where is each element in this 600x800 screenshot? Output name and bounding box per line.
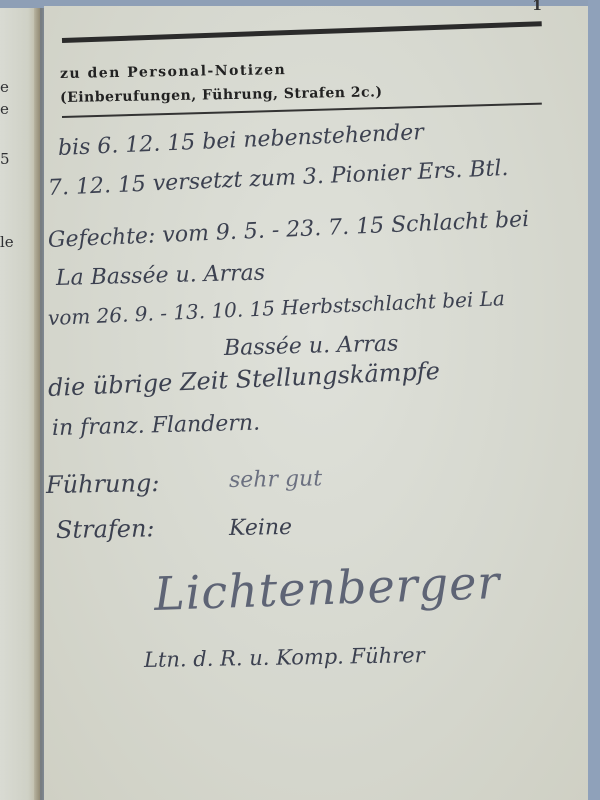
left-page-fragment: le bbox=[0, 233, 14, 251]
header-underline bbox=[62, 103, 542, 118]
entry-line: bis 6. 12. 15 bei nebenstehender bbox=[57, 120, 424, 161]
entry-line: die übrige Zeit Stellungskämpfe bbox=[47, 357, 440, 402]
left-page-fragment: e bbox=[0, 100, 9, 118]
punishments-value: Keine bbox=[229, 515, 293, 541]
entry-line: 7. 12. 15 versetzt zum 3. Pionier Ers. B… bbox=[47, 156, 508, 201]
left-page-fragment: 5 bbox=[0, 150, 10, 168]
background-surface bbox=[588, 0, 600, 800]
printed-header-title: zu den Personal-Notizen bbox=[60, 62, 286, 82]
entry-line: La Bassée u. Arras bbox=[56, 261, 266, 291]
printed-header-subtitle: (Einberufungen, Führung, Strafen 2c.) bbox=[60, 84, 383, 106]
punishments-label: Strafen: bbox=[56, 514, 155, 544]
entry-line: Gefechte: vom 9. 5. - 23. 7. 15 Schlacht… bbox=[47, 207, 529, 253]
document-page: 1 zu den Personal-Notizen (Einberufungen… bbox=[44, 6, 590, 800]
left-page-fragment: e bbox=[0, 78, 9, 96]
entry-line: Bassée u. Arras bbox=[224, 331, 399, 361]
conduct-value: sehr gut bbox=[229, 466, 323, 493]
conduct-label: Führung: bbox=[46, 469, 160, 499]
page-number: 1 bbox=[532, 0, 542, 14]
entry-line: vom 26. 9. - 13. 10. 15 Herbstschlacht b… bbox=[47, 286, 505, 330]
header-rule bbox=[62, 21, 542, 43]
entry-line: in franz. Flandern. bbox=[52, 411, 261, 441]
signatory-title: Ltn. d. R. u. Komp. Führer bbox=[144, 643, 425, 672]
signature: Lichtenberger bbox=[153, 555, 501, 621]
